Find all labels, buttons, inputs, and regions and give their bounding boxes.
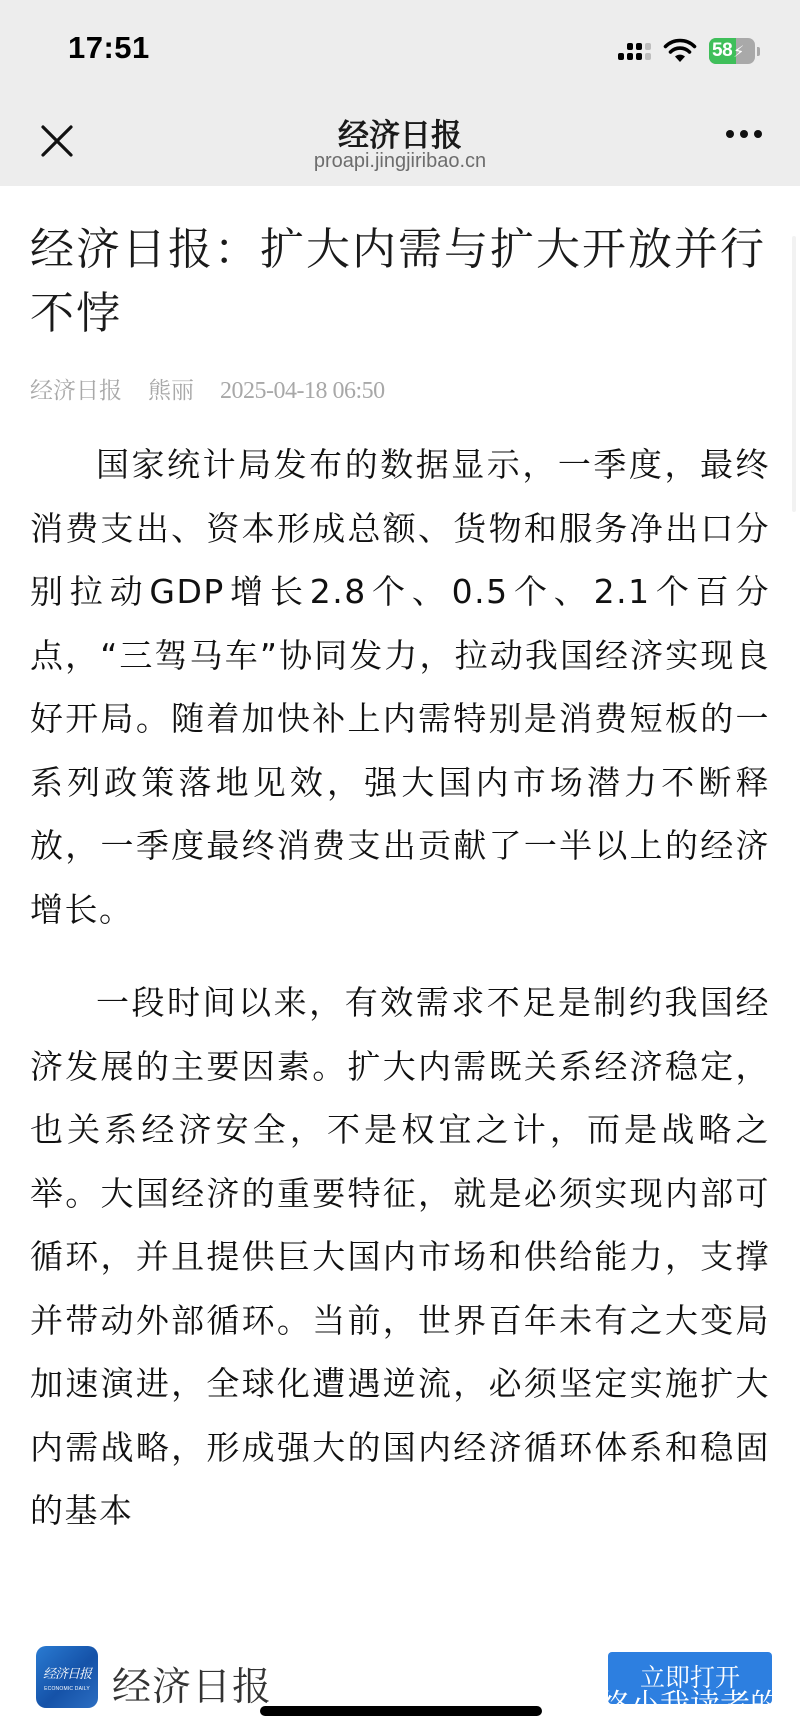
overlay-text: 终小我读者的 [600, 1686, 776, 1708]
battery-icon: 58 ⚡ [709, 38, 755, 64]
signal-icon [618, 43, 651, 60]
status-time: 17:51 [68, 30, 150, 66]
article: 经济日报：扩大内需与扩大开放并行不悖 经济日报 熊丽 2025-04-18 06… [0, 186, 800, 1543]
app-logo-text-cn: 经济日报 [43, 1663, 91, 1682]
top-bar: 17:51 58 ⚡ 经济日报 proapi.jingjiribao.cn [0, 0, 800, 186]
phone-screen: 17:51 58 ⚡ 经济日报 proapi.jingjiribao.cn [0, 0, 800, 1731]
more-icon[interactable] [726, 130, 762, 138]
app-logo: 经济日报 ECONOMIC DAILY [36, 1646, 98, 1708]
battery-cap [757, 47, 760, 56]
article-datetime: 2025-04-18 06:50 [220, 378, 385, 405]
wifi-icon [663, 38, 697, 64]
article-source: 经济日报 [30, 372, 122, 405]
article-meta: 经济日报 熊丽 2025-04-18 06:50 [30, 372, 770, 405]
article-author: 熊丽 [148, 372, 194, 405]
page-title: 经济日报 [0, 110, 800, 155]
article-paragraph: 国家统计局发布的数据显示，一季度，最终消费支出、资本形成总额、货物和服务净出口分… [30, 433, 770, 941]
status-icons: 58 ⚡ [618, 38, 760, 64]
charging-bolt-icon: ⚡ [733, 42, 744, 61]
article-headline: 经济日报：扩大内需与扩大开放并行不悖 [30, 218, 770, 346]
home-indicator[interactable] [260, 1706, 542, 1716]
app-download-banner: 经济日报 ECONOMIC DAILY 经济日报 立即打开 终小我读者的 [0, 1620, 800, 1731]
page-url: proapi.jingjiribao.cn [0, 150, 800, 173]
app-logo-text-en: ECONOMIC DAILY [44, 1686, 90, 1692]
app-name: 经济日报 [112, 1656, 272, 1712]
article-paragraph: 一段时间以来，有效需求不足是制约我国经济发展的主要因素。扩大内需既关系经济稳定，… [30, 971, 770, 1543]
battery-percent: 58 [709, 40, 732, 62]
